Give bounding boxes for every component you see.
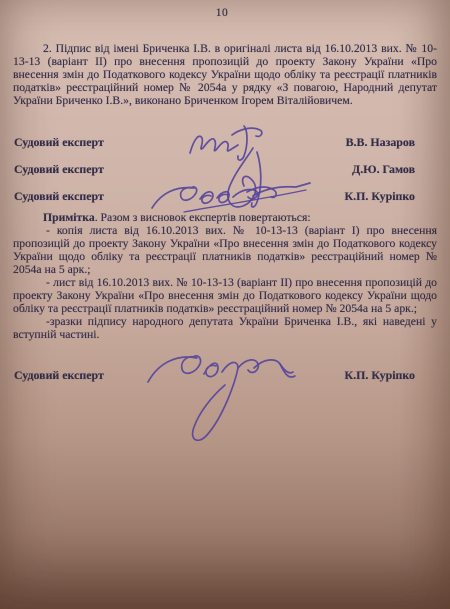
expert-label: Судовий експерт [14, 189, 104, 203]
expert-signature-row: Судовий експерт Д.Ю. Гамов [14, 162, 415, 176]
note-item: - лист від 16.10.2013 вих. № 10-13-13 (в… [13, 276, 437, 315]
expert-label: Судовий експерт [14, 162, 104, 176]
expert-name: К.П. Куріпко [345, 368, 415, 382]
expert-name: В.В. Назаров [346, 135, 415, 149]
page-number: 10 [0, 7, 444, 19]
expert-signature-row: Судовий експерт В.В. Назаров [14, 135, 415, 149]
note-item: -зразки підпису народного депутата Украї… [13, 315, 437, 341]
document-photo: 10 2. Підпис від імені Бриченка І.В. в о… [0, 0, 450, 609]
note-block: Примітка. Разом з висновок експертів пов… [13, 211, 437, 341]
paragraph-conclusion-2: 2. Підпис від імені Бриченка І.В. в ориг… [13, 42, 437, 107]
signature-kuripko-large [143, 347, 303, 449]
note-title: Примітка [43, 211, 95, 224]
expert-name: К.П. Куріпко [345, 189, 415, 203]
note-item: - копія листа від 16.10.2013 вих. № 10-1… [13, 224, 437, 276]
expert-label: Судовий експерт [14, 135, 104, 149]
expert-name: Д.Ю. Гамов [352, 162, 415, 176]
final-expert-signature-row: Судовий експерт К.П. Куріпко [14, 368, 415, 382]
note-intro-text: . Разом з висновок експертів повертаютьс… [95, 211, 311, 224]
signature-gamov [216, 145, 284, 217]
expert-label: Судовий експерт [14, 368, 104, 382]
expert-signature-row: Судовий експерт К.П. Куріпко [14, 189, 415, 203]
note-intro: Примітка. Разом з висновок експертів пов… [13, 211, 437, 224]
